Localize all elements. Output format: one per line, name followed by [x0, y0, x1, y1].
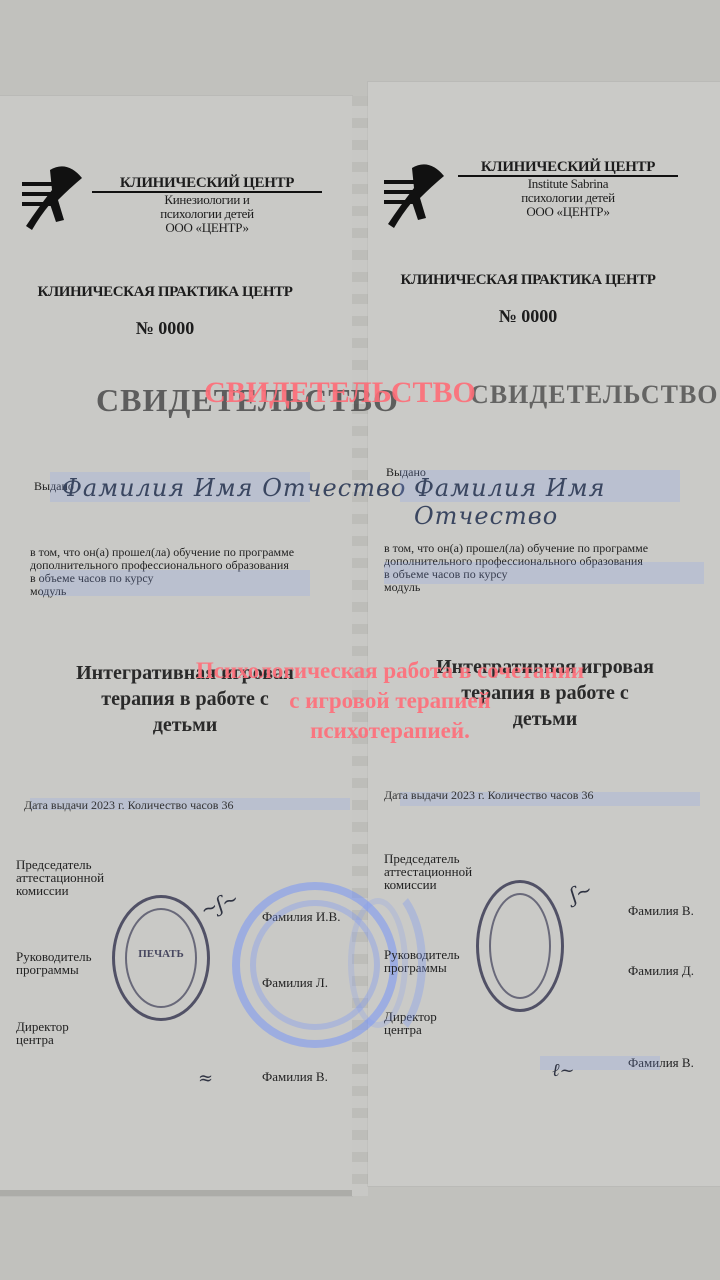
org-line-4: ООО «ЦЕНТР» — [458, 205, 678, 219]
certificate-number: № 0000 — [398, 306, 658, 327]
handwritten-signature: ≈ — [198, 1068, 213, 1089]
certificate-number: № 0000 — [30, 318, 300, 339]
scan-tint — [40, 570, 310, 596]
org-line-4: ООО «ЦЕНТР» — [92, 221, 322, 235]
org-line-3: психологии детей — [92, 207, 322, 221]
signatory-name: Фамилия В. — [262, 1070, 328, 1083]
running-figure-logo-icon — [384, 158, 454, 238]
org-line-2: Кинезиологии и — [92, 193, 322, 207]
org-line-1: КЛИНИЧЕСКИЙ ЦЕНТР — [458, 160, 678, 177]
scan-tint — [384, 562, 704, 584]
overlay-text: Психологическая работа в сочетании с игр… — [60, 656, 720, 746]
role-line: центра — [16, 1033, 69, 1046]
running-figure-logo-icon — [22, 160, 92, 240]
org-line-2: Institute Sabrina — [458, 177, 678, 191]
overlay-line: психотерапией. — [60, 716, 720, 746]
organization-name: КЛИНИЧЕСКИЙ ЦЕНТР Institute Sabrina псих… — [458, 160, 678, 219]
certificate-title: СВИДЕТЕЛЬСТВО — [470, 380, 719, 410]
issue-date-line: Дата выдачи 2023 г. Количество часов 36 — [24, 798, 233, 813]
role-line: комиссии — [16, 884, 104, 897]
recipient-name-handwritten: Фамилия Имя Отчество — [414, 474, 720, 530]
signatory-role: Директор центра — [16, 1020, 69, 1046]
signatory-role: Председатель аттестационной комиссии — [384, 852, 472, 891]
recipient-name-handwritten: Фамилия Имя Отчество — [62, 474, 406, 502]
official-stamp — [476, 880, 564, 1012]
blue-seal-stamp-edge — [330, 880, 426, 1046]
signatory-role: Руководитель программы — [16, 950, 92, 976]
heading-line-1: КЛИНИЧЕСКАЯ ПРАКТИКА ЦЕНТР — [30, 284, 300, 301]
signatory-name: Фамилия Д. — [628, 964, 694, 977]
role-line: программы — [16, 963, 92, 976]
signatory-name: Фамилия В. — [628, 904, 694, 917]
org-line-3: психологии детей — [458, 191, 678, 205]
issue-date-line: Дата выдачи 2023 г. Количество часов 36 — [384, 788, 593, 803]
org-line-1: КЛИНИЧЕСКИЙ ЦЕНТР — [92, 176, 322, 193]
official-stamp: ПЕЧАТЬ — [112, 895, 210, 1021]
overlay-title: СВИДЕТЕЛЬСТВО — [180, 376, 500, 410]
organization-name: КЛИНИЧЕСКИЙ ЦЕНТР Кинезиологии и психоло… — [92, 176, 322, 235]
heading-line-1: КЛИНИЧЕСКАЯ ПРАКТИКА ЦЕНТР — [398, 272, 658, 289]
page-edge — [0, 1190, 352, 1196]
overlay-line: Психологическая работа в сочетании — [60, 656, 720, 686]
stamp-text: ПЕЧАТЬ — [115, 948, 207, 960]
handwritten-signature: ℓ~ — [552, 1060, 575, 1081]
signatory-role: Председатель аттестационной комиссии — [16, 858, 104, 897]
overlay-line: с игровой терапией — [60, 686, 720, 716]
